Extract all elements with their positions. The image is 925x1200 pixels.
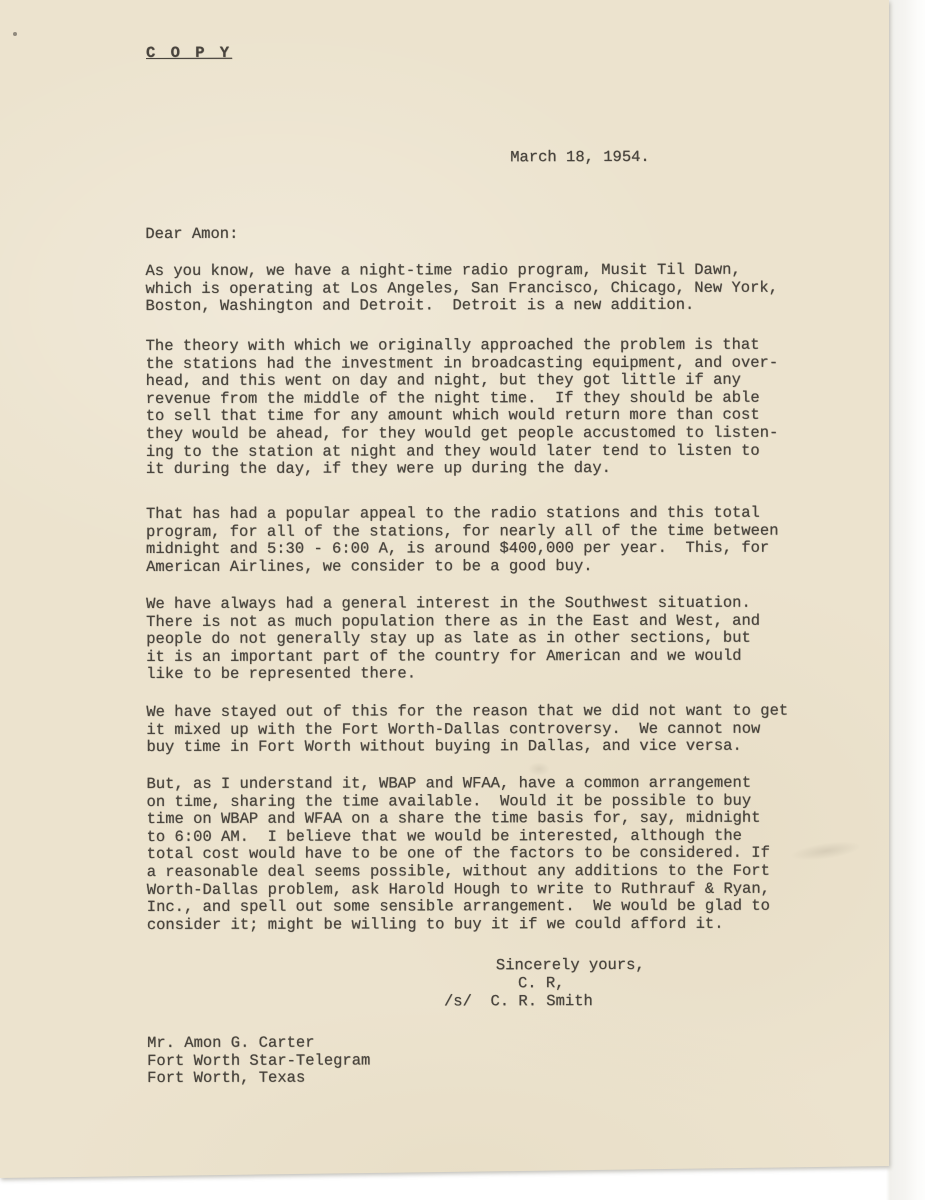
paragraph-6: But, as I understand it, WBAP and WFAA, …	[146, 775, 770, 935]
typed-text-layer: C O P Y March 18, 1954. Dear Amon: As yo…	[0, 0, 925, 1200]
closing-signature: /s/ C. R. Smith	[444, 993, 593, 1011]
paragraph-5: We have stayed out of this for the reaso…	[146, 703, 788, 757]
letter-paper: C O P Y March 18, 1954. Dear Amon: As yo…	[0, 0, 925, 1200]
paragraph-3: That has had a popular appeal to the rad…	[146, 505, 779, 577]
closing-sincerely: Sincerely yours,	[496, 957, 645, 975]
letter-date: March 18, 1954.	[510, 149, 650, 167]
paper-shadow: C O P Y March 18, 1954. Dear Amon: As yo…	[0, 0, 925, 1200]
copy-header: C O P Y	[146, 45, 232, 63]
paragraph-2: The theory with which we originally appr…	[146, 337, 779, 479]
paragraph-4: We have always had a general interest in…	[146, 595, 760, 684]
salutation: Dear Amon:	[145, 226, 238, 244]
recipient-address: Mr. Amon G. Carter Fort Worth Star-Teleg…	[147, 1035, 370, 1088]
scanned-letter-page: C O P Y March 18, 1954. Dear Amon: As yo…	[0, 0, 925, 1200]
closing-initials: C. R,	[518, 975, 565, 993]
paragraph-1: As you know, we have a night-time radio …	[145, 262, 778, 316]
